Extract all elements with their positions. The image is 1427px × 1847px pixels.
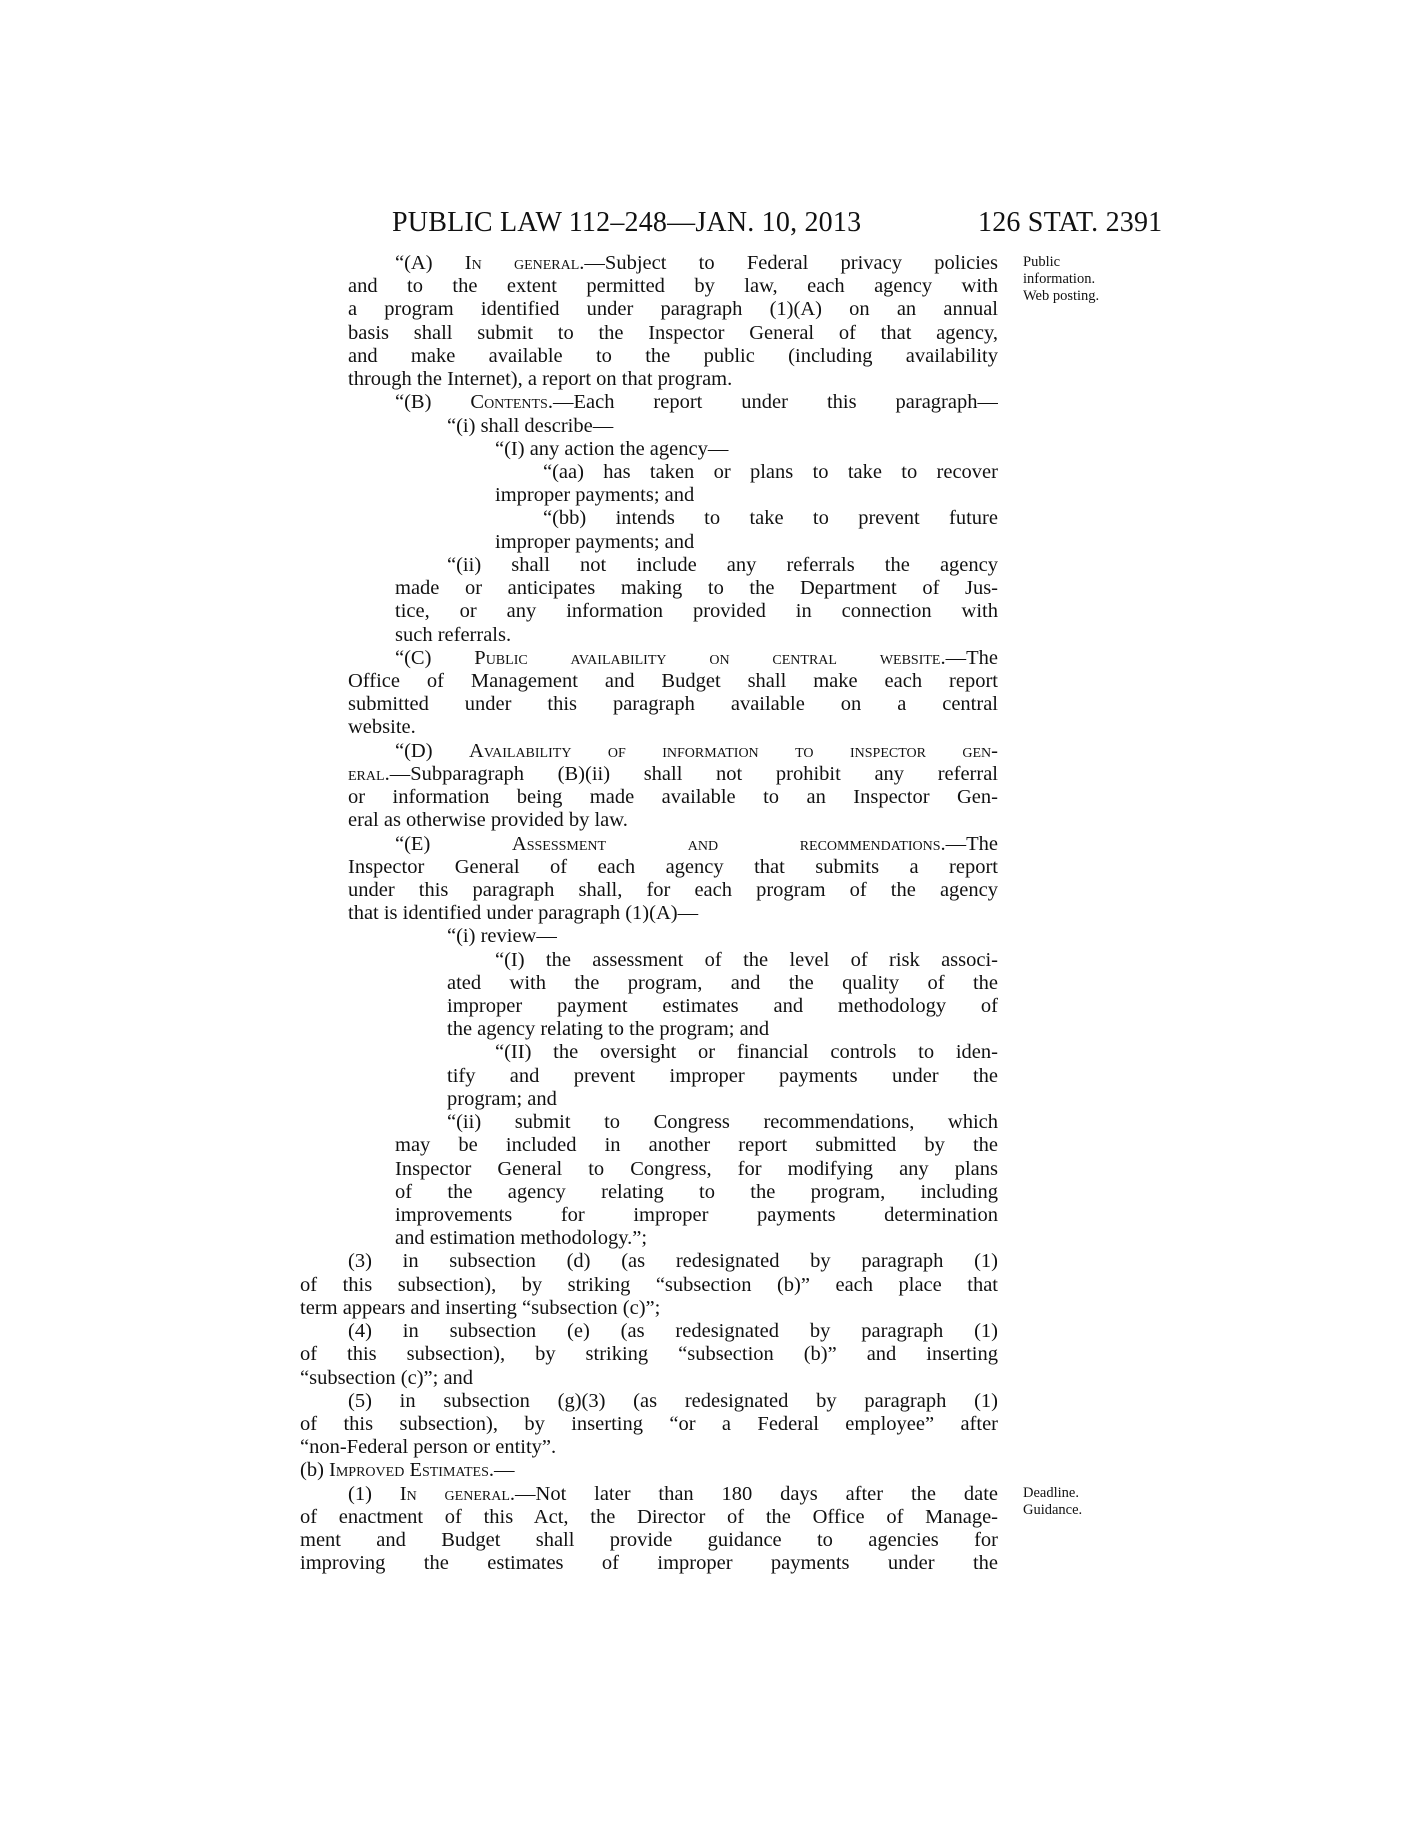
text-run: improvements for improper payments deter… <box>395 1204 998 1226</box>
text-run: .—Subject to Federal privacy policies <box>579 252 998 274</box>
text-line: “(II) the oversight or financial control… <box>495 1041 998 1064</box>
text-run: improper payments; and <box>495 531 694 553</box>
text-line: improper payments; and <box>495 531 694 554</box>
text-run: .— <box>489 1459 515 1481</box>
text-run: (4) in subsection (e) (as redesignated b… <box>348 1320 998 1342</box>
text-line: “(ii) shall not include any referrals th… <box>447 554 998 577</box>
text-line: “(i) review— <box>447 925 557 948</box>
margin-note: Web posting. <box>1023 288 1099 305</box>
text-line: and estimation methodology.”; <box>395 1227 647 1250</box>
text-run: “(ii) submit to Congress recommendations… <box>447 1111 998 1133</box>
text-line: of this subsection), by striking “subsec… <box>300 1343 998 1366</box>
text-line: improving the estimates of improper paym… <box>300 1552 998 1575</box>
margin-note: information. <box>1023 271 1095 288</box>
text-line: of the agency relating to the program, i… <box>395 1181 998 1204</box>
text-run: improper payments; and <box>495 484 694 506</box>
text-run: of this subsection), by striking “subsec… <box>300 1274 998 1296</box>
text-line: Inspector General of each agency that su… <box>348 856 998 879</box>
text-line: submitted under this paragraph available… <box>348 693 998 716</box>
text-line: ated with the program, and the quality o… <box>447 972 998 995</box>
section-heading: Assessment and recommendations <box>512 833 941 855</box>
text-line: “(ii) submit to Congress recommendations… <box>447 1111 998 1134</box>
text-run: “(B) <box>395 391 470 413</box>
text-run: of the agency relating to the program, i… <box>395 1181 998 1203</box>
text-line: under this paragraph shall, for each pro… <box>348 879 998 902</box>
text-run: eral as otherwise provided by law. <box>348 809 628 831</box>
text-run: term appears and inserting “subsection (… <box>300 1297 660 1319</box>
text-line: the agency relating to the program; and <box>447 1018 769 1041</box>
text-run: Office of Management and Budget shall ma… <box>348 670 998 692</box>
text-line: “(I) the assessment of the level of risk… <box>495 949 998 972</box>
text-line: “non-Federal person or entity”. <box>300 1436 556 1459</box>
text-run: and to the extent permitted by law, each… <box>348 275 998 297</box>
text-run: “subsection (c)”; and <box>300 1367 473 1389</box>
text-line: of this subsection), by striking “subsec… <box>300 1274 998 1297</box>
text-run: .—Each report under this paragraph— <box>548 391 998 413</box>
text-line: (b) Improved Estimates.— <box>300 1459 514 1482</box>
text-run: and estimation methodology.”; <box>395 1227 647 1249</box>
text-run: Inspector General to Congress, for modif… <box>395 1158 998 1180</box>
text-run: of this subsection), by striking “subsec… <box>300 1343 998 1365</box>
text-run: “(D) <box>395 740 469 762</box>
text-line: tice, or any information provided in con… <box>395 600 998 623</box>
section-heading: In general <box>400 1483 510 1505</box>
text-line: may be included in another report submit… <box>395 1134 998 1157</box>
text-run: tify and prevent improper payments under… <box>447 1065 998 1087</box>
text-run: or information being made available to a… <box>348 786 998 808</box>
text-run: “(ii) shall not include any referrals th… <box>447 554 998 576</box>
text-line: Inspector General to Congress, for modif… <box>395 1158 998 1181</box>
text-run: “(A) <box>395 252 465 274</box>
text-line: website. <box>348 716 416 739</box>
text-run: website. <box>348 716 416 738</box>
text-line: “subsection (c)”; and <box>300 1367 473 1390</box>
text-run: “(I) the assessment of the level of risk… <box>495 949 998 971</box>
text-line: basis shall submit to the Inspector Gene… <box>348 322 998 345</box>
text-line: tify and prevent improper payments under… <box>447 1065 998 1088</box>
text-run: “(i) shall describe— <box>447 415 613 437</box>
text-run: a program identified under paragraph (1)… <box>348 298 998 320</box>
text-line: “(B) Contents.—Each report under this pa… <box>395 391 998 414</box>
running-header-title: PUBLIC LAW 112–248—JAN. 10, 2013 <box>392 206 861 240</box>
text-run: such referrals. <box>395 624 511 646</box>
running-header-page-number: 126 STAT. 2391 <box>978 206 1162 240</box>
section-heading: Availability of information to inspector… <box>469 740 998 762</box>
margin-note: Deadline. <box>1023 1485 1079 1502</box>
section-heading: Contents <box>470 391 547 413</box>
text-run: “non-Federal person or entity”. <box>300 1436 556 1458</box>
margin-note: Public <box>1023 254 1060 271</box>
text-line: “(C) Public availability on central webs… <box>395 647 998 670</box>
text-line: “(I) any action the agency— <box>495 438 728 461</box>
text-line: such referrals. <box>395 624 511 647</box>
text-run: of this subsection), by inserting “or a … <box>300 1413 998 1435</box>
text-run: improper payment estimates and methodolo… <box>447 995 998 1017</box>
text-run: “(aa) has taken or plans to take to reco… <box>543 461 998 483</box>
text-line: eral.—Subparagraph (B)(ii) shall not pro… <box>348 763 998 786</box>
text-line: “(A) In general.—Subject to Federal priv… <box>395 252 998 275</box>
text-run: that is identified under paragraph (1)(A… <box>348 902 698 924</box>
text-run: basis shall submit to the Inspector Gene… <box>348 322 998 344</box>
text-line: “(D) Availability of information to insp… <box>395 740 998 763</box>
text-line: “(i) shall describe— <box>447 415 613 438</box>
text-run: ment and Budget shall provide guidance t… <box>300 1529 998 1551</box>
text-line: (1) In general.—Not later than 180 days … <box>348 1483 998 1506</box>
text-run: “(E) <box>395 833 512 855</box>
text-line: and to the extent permitted by law, each… <box>348 275 998 298</box>
text-run: ated with the program, and the quality o… <box>447 972 998 994</box>
text-run: made or anticipates making to the Depart… <box>395 577 998 599</box>
text-run: tice, or any information provided in con… <box>395 600 998 622</box>
text-line: eral as otherwise provided by law. <box>348 809 628 832</box>
text-run: and make available to the public (includ… <box>348 345 998 367</box>
section-heading: eral <box>348 763 385 785</box>
text-line: ment and Budget shall provide guidance t… <box>300 1529 998 1552</box>
text-line: of enactment of this Act, the Director o… <box>300 1506 998 1529</box>
text-run: through the Internet), a report on that … <box>348 368 732 390</box>
text-run: “(II) the oversight or financial control… <box>495 1041 998 1063</box>
text-line: that is identified under paragraph (1)(A… <box>348 902 698 925</box>
text-line: or information being made available to a… <box>348 786 998 809</box>
text-line: (5) in subsection (g)(3) (as redesignate… <box>348 1390 998 1413</box>
text-run: (1) <box>348 1483 400 1505</box>
text-line: “(aa) has taken or plans to take to reco… <box>543 461 998 484</box>
text-line: improvements for improper payments deter… <box>395 1204 998 1227</box>
text-run: (b) <box>300 1459 329 1481</box>
section-heading: Improved Estimates <box>329 1459 489 1481</box>
text-line: a program identified under paragraph (1)… <box>348 298 998 321</box>
text-line: (3) in subsection (d) (as redesignated b… <box>348 1250 998 1273</box>
text-line: of this subsection), by inserting “or a … <box>300 1413 998 1436</box>
text-run: .—Subparagraph (B)(ii) shall not prohibi… <box>385 763 998 785</box>
text-run: “(bb) intends to take to prevent future <box>543 507 998 529</box>
text-line: term appears and inserting “subsection (… <box>300 1297 660 1320</box>
text-line: Office of Management and Budget shall ma… <box>348 670 998 693</box>
text-line: made or anticipates making to the Depart… <box>395 577 998 600</box>
text-run: .—Not later than 180 days after the date <box>510 1483 998 1505</box>
text-run: program; and <box>447 1088 557 1110</box>
text-run: the agency relating to the program; and <box>447 1018 769 1040</box>
text-run: may be included in another report submit… <box>395 1134 998 1156</box>
text-run: (5) in subsection (g)(3) (as redesignate… <box>348 1390 998 1412</box>
text-run: improving the estimates of improper paym… <box>300 1552 998 1574</box>
text-run: .—The <box>941 647 999 669</box>
text-line: and make available to the public (includ… <box>348 345 998 368</box>
text-run: submitted under this paragraph available… <box>348 693 998 715</box>
text-line: through the Internet), a report on that … <box>348 368 732 391</box>
margin-note: Guidance. <box>1023 1502 1082 1519</box>
text-run: .—The <box>941 833 999 855</box>
text-run: of enactment of this Act, the Director o… <box>300 1506 998 1528</box>
text-run: “(C) <box>395 647 474 669</box>
section-heading: In general <box>465 252 580 274</box>
text-line: (4) in subsection (e) (as redesignated b… <box>348 1320 998 1343</box>
section-heading: Public availability on central website <box>474 647 940 669</box>
text-run: under this paragraph shall, for each pro… <box>348 879 998 901</box>
text-line: “(E) Assessment and recommendations.—The <box>395 833 998 856</box>
text-run: (3) in subsection (d) (as redesignated b… <box>348 1250 998 1272</box>
text-line: improper payments; and <box>495 484 694 507</box>
text-line: “(bb) intends to take to prevent future <box>543 507 998 530</box>
text-run: “(i) review— <box>447 925 557 947</box>
text-run: Inspector General of each agency that su… <box>348 856 998 878</box>
text-run: “(I) any action the agency— <box>495 438 728 460</box>
text-line: improper payment estimates and methodolo… <box>447 995 998 1018</box>
text-line: program; and <box>447 1088 557 1111</box>
